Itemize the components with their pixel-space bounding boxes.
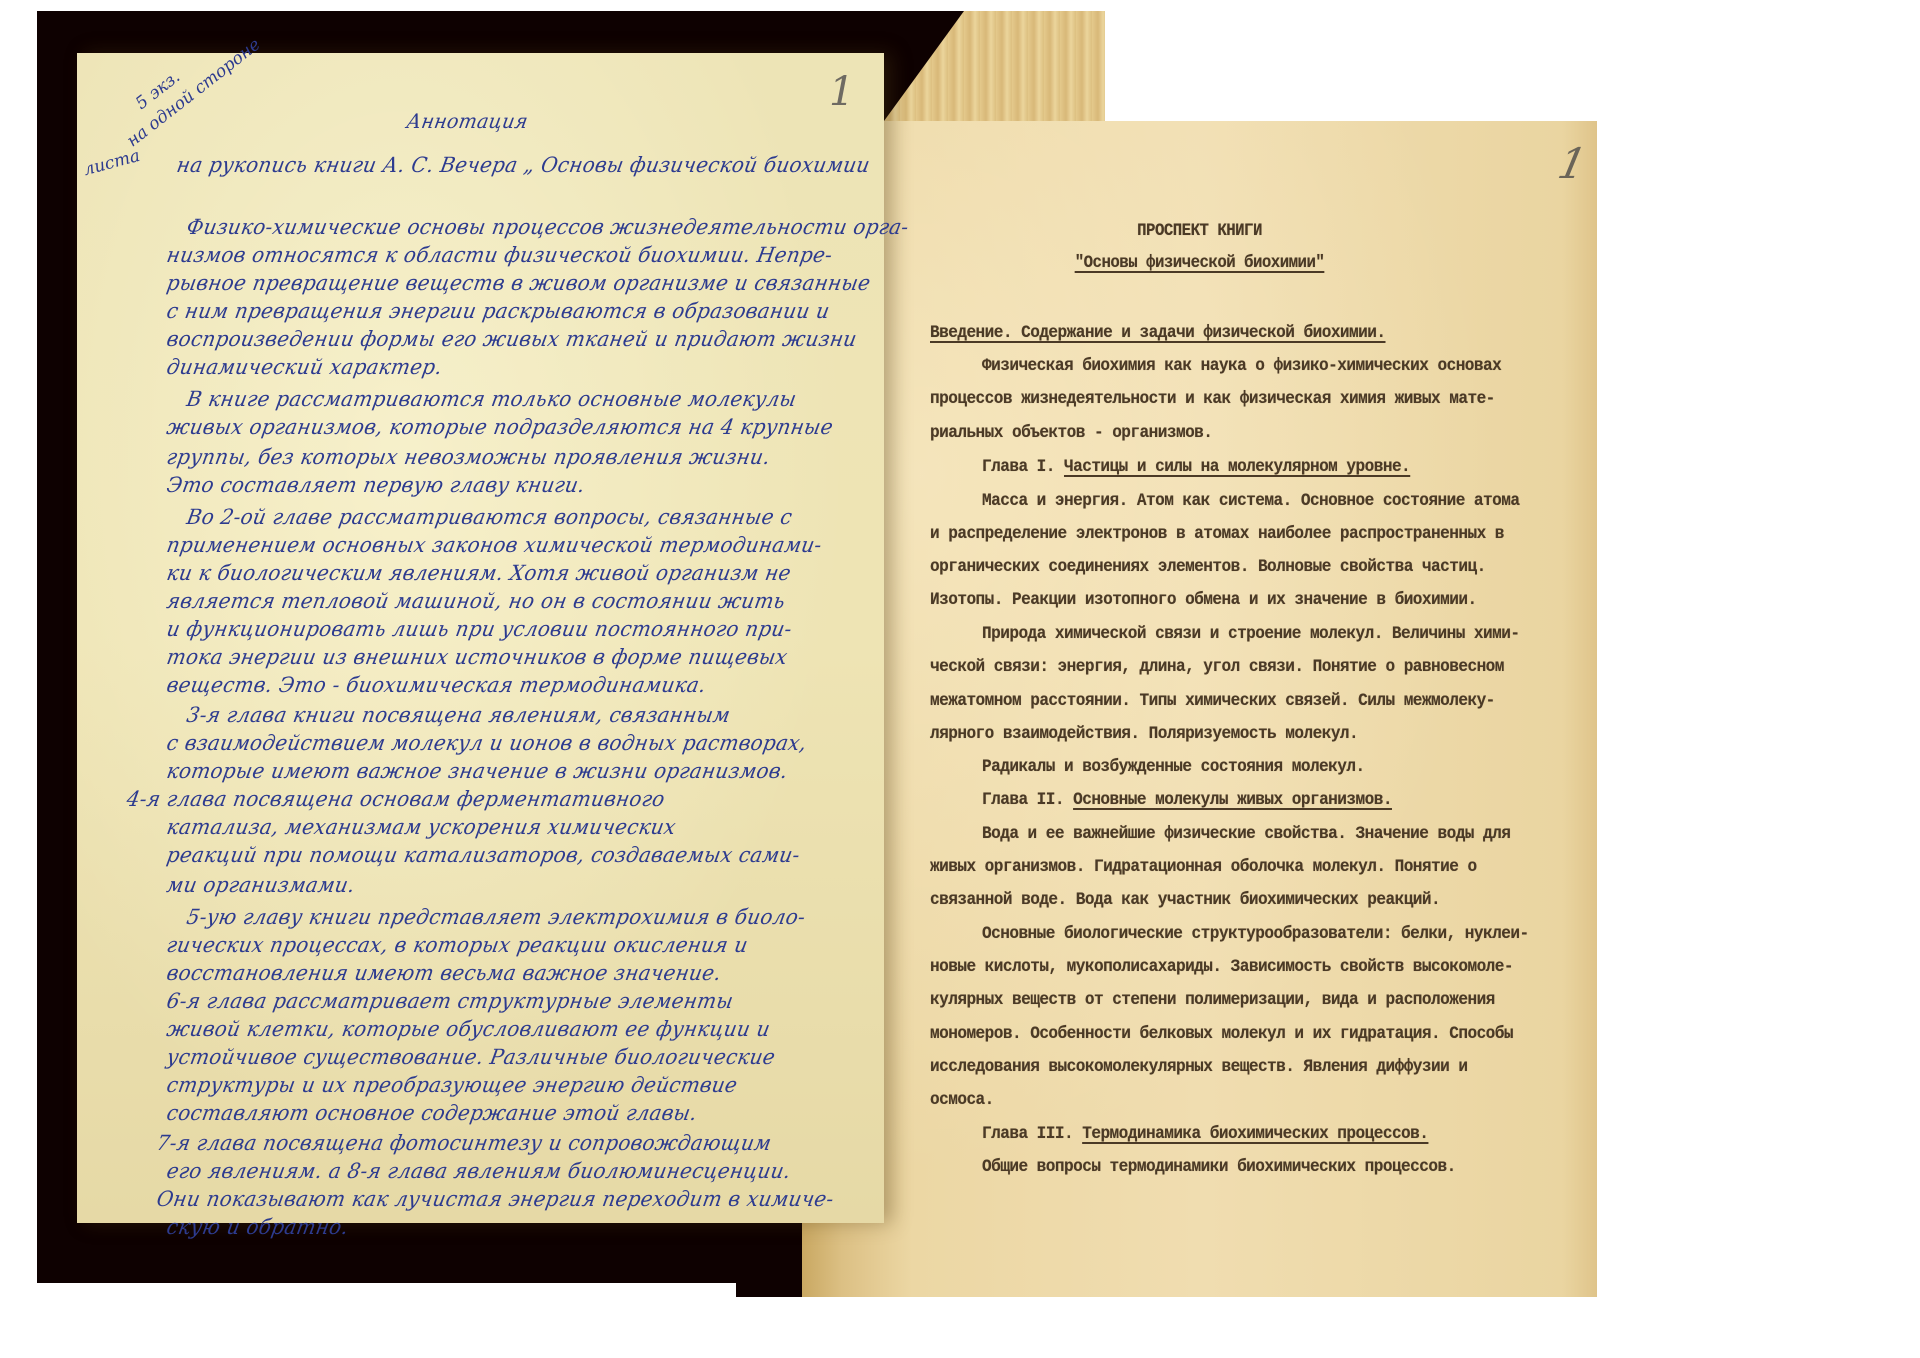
handwritten-line: 5-ую главу книги представляет электрохим… — [185, 905, 807, 929]
paragraph-line: лярного взаимодействия. Поляризуемость м… — [930, 724, 1358, 744]
paragraph-line: процессов жизнедеятельности и как физиче… — [930, 389, 1495, 409]
handwritten-line: Это составляет первую главу книги. — [165, 473, 587, 497]
paragraph-line: Масса и энергия. Атом как система. Основ… — [982, 491, 1519, 511]
chapter-title: Термодинамика биохимических процессов. — [1082, 1124, 1428, 1144]
page-number: 1 — [1554, 139, 1591, 188]
handwritten-line: ки к биологическим явлениям. Хотя живой … — [165, 561, 793, 585]
paragraph-line: Физическая биохимия как наука о физико-х… — [982, 356, 1501, 376]
paragraph-line: кулярных веществ от степени полимеризаци… — [930, 990, 1495, 1010]
paragraph-line: исследования высокомолекулярных веществ.… — [930, 1057, 1467, 1077]
handwritten-line: 6-я глава рассматривает структурные элем… — [165, 989, 735, 1013]
handwritten-line: структуры и их преобразующее энергию дей… — [165, 1073, 739, 1097]
book-title: "Основы физической биохимии" — [842, 253, 1558, 273]
intro-heading: Введение. Содержание и задачи физической… — [930, 323, 1385, 343]
handwritten-line: составляют основное содержание этой глав… — [165, 1101, 699, 1125]
chapter-label: Глава I. — [982, 457, 1055, 477]
handwritten-line: Во 2-ой главе рассматриваются вопросы, с… — [185, 505, 794, 529]
chapter-heading-1: Глава I. Частицы и силы на молекулярном … — [982, 457, 1410, 477]
handwritten-line: с ним превращения энергии раскрываются в… — [165, 299, 832, 323]
handwritten-line: применением основных законов химической … — [165, 533, 824, 557]
paragraph-line: новые кислоты, мукополисахариды. Зависим… — [930, 957, 1513, 977]
page-number: 1 — [829, 69, 854, 115]
paragraph-line: мономеров. Особенности белковых молекул … — [930, 1024, 1513, 1044]
handwritten-line: живых организмов, которые подразделяются… — [165, 415, 835, 439]
handwritten-line: 3-я глава книги посвящена явлениям, связ… — [185, 703, 732, 727]
document-title: ПРОСПЕКТ КНИГИ — [842, 221, 1558, 241]
paragraph-line: органических соединениях элементов. Волн… — [930, 557, 1486, 577]
handwritten-line: 4-я глава посвящена основам ферментативн… — [125, 787, 667, 811]
handwritten-line: 7-я глава посвящена фотосинтезу и сопров… — [155, 1131, 773, 1155]
chapter-heading-3: Глава III. Термодинамика биохимических п… — [982, 1124, 1428, 1144]
handwritten-line: рывное превращение веществ в живом орган… — [165, 271, 873, 295]
handwritten-line: веществ. Это - биохимическая термодинами… — [165, 673, 708, 697]
handwritten-line: ми организмами. — [165, 873, 357, 897]
handwritten-line: которые имеют важное значение в жизни ор… — [165, 759, 790, 783]
handwritten-line: катализа, механизмам ускорения химически… — [165, 815, 678, 839]
paragraph-line: риальных объектов - организмов. — [930, 423, 1212, 443]
handwritten-line: тока энергии из внешних источников в фор… — [165, 645, 790, 669]
handwritten-line: группы, без которых невозможны проявлени… — [165, 445, 772, 469]
handwritten-line: восстановления имеют весьма важное значе… — [165, 961, 723, 985]
handwritten-line: с взаимодействием молекул и ионов в водн… — [165, 731, 809, 755]
paragraph-line: Радикалы и возбужденные состояния молеку… — [982, 757, 1365, 777]
chapter-title: Частицы и силы на молекулярном уровне. — [1064, 457, 1410, 477]
handwritten-line: и функционировать лишь при условии посто… — [165, 617, 794, 641]
paragraph-line: Изотопы. Реакции изотопного обмена и их … — [930, 590, 1477, 610]
paper-edge-cut — [884, 11, 964, 121]
handwritten-line: живой клетки, которые обусловливают ее ф… — [165, 1017, 772, 1041]
paragraph-line: Основные биологические структурообразова… — [982, 924, 1529, 944]
handwritten-line: низмов относятся к области физической би… — [165, 243, 835, 267]
handwritten-line: Физико-химические основы процессов жизне… — [185, 215, 911, 239]
chapter-title: Основные молекулы живых организмов. — [1073, 790, 1392, 810]
chapter-label: Глава II. — [982, 790, 1064, 810]
paragraph-line: ческой связи: энергия, длина, угол связи… — [930, 657, 1504, 677]
paragraph-line: осмоса. — [930, 1090, 994, 1110]
margin-note-line: листа — [81, 146, 142, 180]
paragraph-line: Природа химической связи и строение моле… — [982, 624, 1519, 644]
handwritten-line: Они показывают как лучистая энергия пере… — [155, 1187, 836, 1211]
handwritten-line: его явлениям. а 8-я глава явлениям биолю… — [165, 1159, 793, 1183]
handwritten-line: гических процессах, в которых реакции ок… — [165, 933, 750, 957]
typed-prospectus-page: 1 ПРОСПЕКТ КНИГИ "Основы физической биох… — [802, 121, 1597, 1297]
handwritten-line: скую и обратно. — [165, 1215, 351, 1239]
paragraph-line: связанной воде. Вода как участник биохим… — [930, 890, 1440, 910]
handwritten-line: реакций при помощи катализаторов, создав… — [165, 843, 802, 867]
chapter-label: Глава III. — [982, 1124, 1073, 1144]
chapter-heading-2: Глава II. Основные молекулы живых органи… — [982, 790, 1392, 810]
handwritten-line: динамический характер. — [165, 355, 444, 379]
handwritten-line: воспроизведении формы его живых тканей и… — [165, 327, 859, 351]
paragraph-line: и распределение электронов в атомах наиб… — [930, 524, 1504, 544]
annotation-subtitle: на рукопись книги А. С. Вечера „ Основы … — [175, 153, 872, 177]
handwritten-annotation-page: 1 5 экз. на одной стороне листа Аннотаци… — [77, 53, 884, 1223]
annotation-title: Аннотация — [405, 109, 530, 133]
paragraph-line: межатомном расстоянии. Типы химических с… — [930, 691, 1495, 711]
handwritten-line: устойчивое существование. Различные биол… — [165, 1045, 777, 1069]
paragraph-line: Общие вопросы термодинамики биохимически… — [982, 1157, 1456, 1177]
paragraph-line: живых организмов. Гидратационная оболочк… — [930, 857, 1477, 877]
paragraph-line: Вода и ее важнейшие физические свойства.… — [982, 824, 1510, 844]
handwritten-line: является тепловой машиной, но он в состо… — [165, 589, 787, 613]
handwritten-line: В книге рассматриваются только основные … — [185, 387, 798, 411]
